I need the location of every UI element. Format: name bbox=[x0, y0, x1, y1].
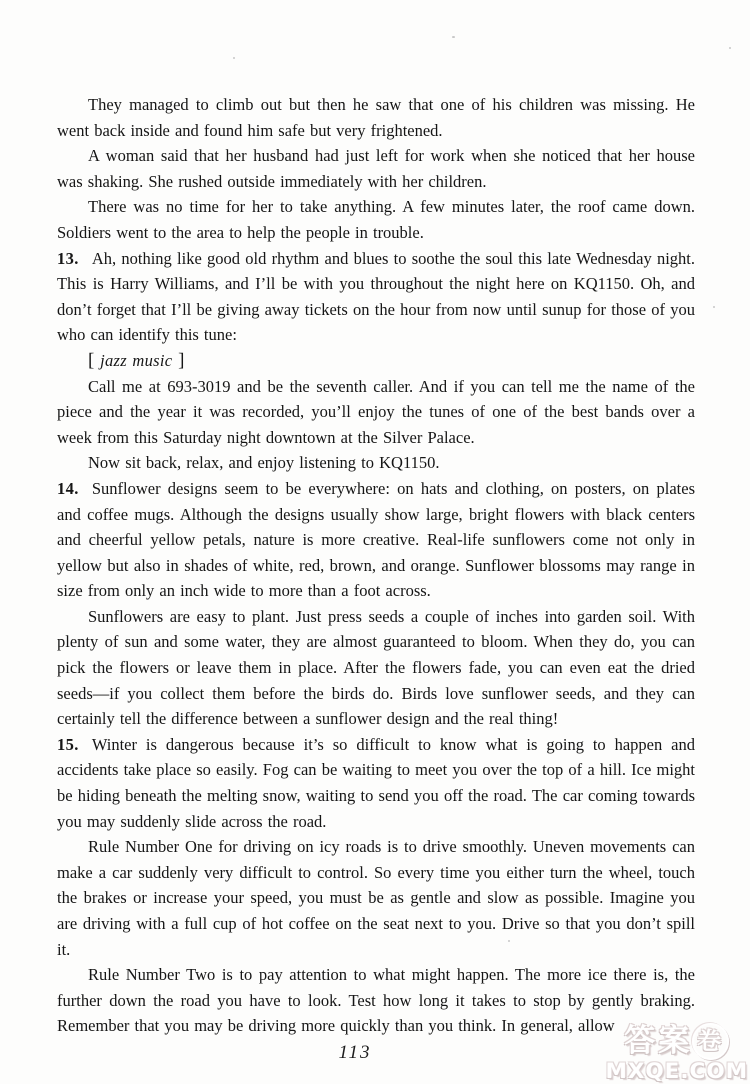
scan-speck bbox=[729, 47, 731, 49]
transcript-item-13: 13.Ah, nothing like good old rhythm and … bbox=[57, 246, 695, 348]
scan-speck bbox=[452, 36, 455, 38]
paragraph: A woman said that her husband had just l… bbox=[57, 143, 695, 194]
transcript-item-14: 14.Sunflower designs seem to be everywhe… bbox=[57, 476, 695, 604]
watermark-chinese-prefix: 答案 bbox=[624, 1023, 692, 1059]
watermark-circled-character: 卷 bbox=[692, 1023, 729, 1060]
stage-direction: [ jazz music ] bbox=[57, 348, 695, 374]
watermark-site-text: MXQE.COM bbox=[605, 1059, 748, 1084]
paragraph: There was no time for her to take anythi… bbox=[57, 194, 695, 245]
paragraph: Rule Number One for driving on icy roads… bbox=[57, 834, 695, 962]
scan-speck bbox=[508, 940, 510, 942]
paragraph: Call me at 693-3019 and be the seventh c… bbox=[57, 374, 695, 451]
scanned-page: They managed to climb out but then he sa… bbox=[0, 0, 750, 1084]
close-bracket: ] bbox=[172, 350, 184, 371]
scan-speck bbox=[713, 306, 715, 308]
watermark-logo: 答案卷 MXQE.COM bbox=[605, 1023, 748, 1084]
page-number: 113 bbox=[0, 1042, 710, 1064]
item-number: 15. bbox=[57, 735, 79, 754]
paragraph: Rule Number Two is to pay attention to w… bbox=[57, 962, 695, 1039]
open-bracket: [ bbox=[88, 350, 100, 371]
watermark-chinese-text: 答案卷 bbox=[605, 1023, 748, 1060]
item-number: 14. bbox=[57, 479, 79, 498]
paragraph: Sunflowers are easy to plant. Just press… bbox=[57, 604, 695, 732]
paragraph: They managed to climb out but then he sa… bbox=[57, 92, 695, 143]
paragraph: Now sit back, relax, and enjoy listening… bbox=[57, 450, 695, 476]
item-number: 13. bbox=[57, 249, 79, 268]
scan-speck bbox=[233, 57, 235, 59]
transcript-text-block: They managed to climb out but then he sa… bbox=[57, 92, 695, 1039]
transcript-item-15: 15.Winter is dangerous because it’s so d… bbox=[57, 732, 695, 834]
stage-direction-text: jazz music bbox=[100, 351, 172, 370]
